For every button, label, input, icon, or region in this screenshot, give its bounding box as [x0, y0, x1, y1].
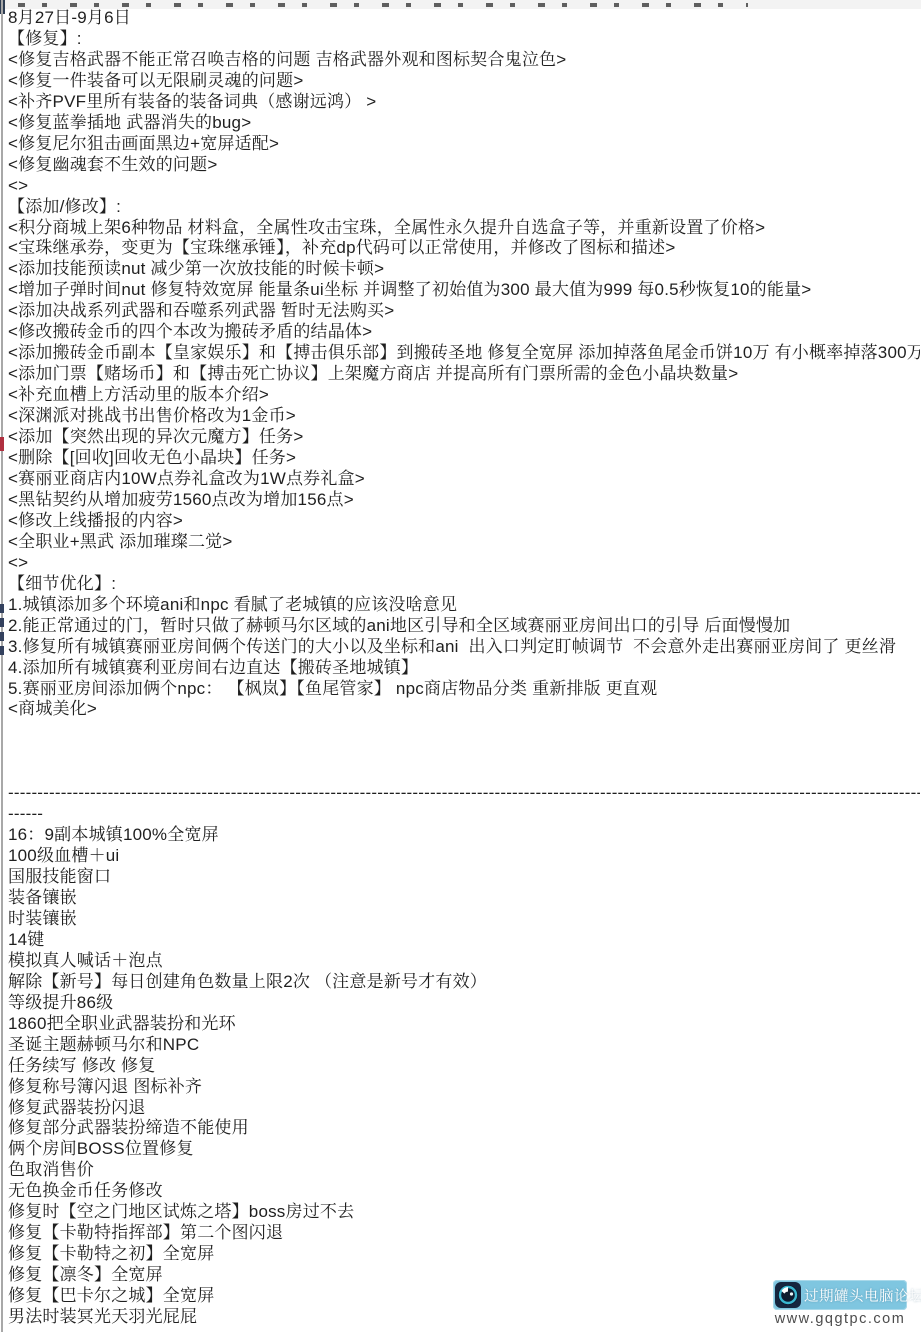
text-line: <修改搬砖金币的四个本改为搬砖矛盾的结晶体>	[8, 322, 920, 343]
text-line: <修改上线播报的内容>	[8, 511, 920, 532]
text-line: 2.能正常通过的门，暂时只做了赫顿马尔区域的ani地区引导和全区域赛丽亚房间出口…	[8, 616, 920, 637]
text-line: 5.赛丽亚房间添加俩个npc： 【枫岚】【鱼尾管家】 npc商店物品分类 重新排…	[8, 679, 920, 700]
text-line: <添加【突然出现的异次元魔方】任务>	[8, 427, 920, 448]
text-line: 修复【卡勒特之初】全宽屏	[8, 1244, 920, 1265]
text-line: <深渊派对挑战书出售价格改为1金币>	[8, 406, 920, 427]
camera-lens-icon	[775, 1282, 801, 1308]
text-line: <补齐PVF里所有装备的装备词典（感谢远鸿） >	[8, 92, 920, 113]
text-line: 修复时【空之门地区试炼之塔】boss房过不去	[8, 1202, 920, 1223]
text-line	[8, 741, 920, 762]
text-line: <添加门票【赌场币】和【搏击死亡协议】上架魔方商店 并提高所有门票所需的金色小晶…	[8, 364, 920, 385]
text-line: 8月27日-9月6日	[8, 8, 920, 29]
text-line: 修复武器装扮闪退	[8, 1098, 920, 1119]
text-line: <宝珠继承券，变更为【宝珠继承锤】，补充dp代码可以正常使用，并修改了图标和描述…	[8, 238, 920, 259]
text-line: <修复幽魂套不生效的问题>	[8, 155, 920, 176]
text-line: <补充血槽上方活动里的版本介绍>	[8, 385, 920, 406]
text-line: 修复部分武器装扮缔造不能使用	[8, 1118, 920, 1139]
text-line: <添加技能预读nut 减少第一次放技能的时候卡顿>	[8, 259, 920, 280]
text-line: 16：9副本城镇100%全宽屏	[8, 825, 920, 846]
text-line: <黑钻契约从增加疲劳1560点改为增加156点>	[8, 490, 920, 511]
text-line: <修复一件装备可以无限刷灵魂的问题>	[8, 71, 920, 92]
text-line: ------	[8, 804, 920, 825]
text-line: 装备镶嵌	[8, 888, 920, 909]
text-line: <修复尼尔狙击画面黑边+宽屏适配>	[8, 134, 920, 155]
text-line: 【添加/修改】:	[8, 197, 920, 218]
text-line: 【修复】:	[8, 29, 920, 50]
text-line: <增加子弹时间nut 修复特效宽屏 能量条ui坐标 并调整了初始值为300 最大…	[8, 280, 920, 301]
text-line: <修复蓝拳插地 武器消失的bug>	[8, 113, 920, 134]
text-line: <删除【[回收]回收无色小晶块】任务>	[8, 448, 920, 469]
watermark-site-url: www.gqgtpc.com	[773, 1311, 907, 1327]
text-line: <添加搬砖金币副本【皇家娱乐】和【搏击俱乐部】到搬砖圣地 修复全宽屏 添加掉落鱼…	[8, 343, 920, 364]
cut-off-glyphs	[18, 3, 748, 7]
text-line: 1.城镇添加多个环境ani和npc 看腻了老城镇的应该没啥意见	[8, 595, 920, 616]
text-line: 1860把全职业武器装扮和光环	[8, 1014, 920, 1035]
text-line: 色取消售价	[8, 1160, 920, 1181]
text-line: 3.修复所有城镇赛丽亚房间俩个传送门的大小以及坐标和ani 出入口判定盯帧调节 …	[8, 637, 920, 658]
text-line: 时装镶嵌	[8, 909, 920, 930]
patch-notes-document: 8月27日-9月6日【修复】:<修复吉格武器不能正常召唤吉格的问题 吉格武器外观…	[8, 8, 920, 1332]
watermark: 过期罐头电脑论坛 www.gqgtpc.com	[773, 1280, 907, 1327]
screenshot-root: { "document": { "lines": [ "8月27日-9月6日",…	[0, 0, 921, 1332]
text-line: 14键	[8, 930, 920, 951]
watermark-site-name: 过期罐头电脑论坛	[804, 1285, 921, 1306]
text-line: ----------------------------------------…	[8, 783, 920, 804]
text-line: 【细节优化】:	[8, 574, 920, 595]
text-line: 解除【新号】每日创建角色数量上限2次 （注意是新号才有效）	[8, 972, 920, 993]
text-line: 修复【卡勒特指挥部】第二个图闪退	[8, 1223, 920, 1244]
text-line: <>	[8, 553, 920, 574]
text-line: <修复吉格武器不能正常召唤吉格的问题 吉格武器外观和图标契合鬼泣色>	[8, 50, 920, 71]
text-line: <商城美化>	[8, 699, 920, 720]
text-line: 国服技能窗口	[8, 867, 920, 888]
text-line: <积分商城上架6种物品 材料盒，全属性攻击宝珠，全属性永久提升自选盒子等，并重新…	[8, 218, 920, 239]
text-line: 等级提升86级	[8, 993, 920, 1014]
text-line: <全职业+黑武 添加璀璨二觉>	[8, 532, 920, 553]
text-line	[8, 762, 920, 783]
text-line: 100级血槽＋ui	[8, 846, 920, 867]
text-line: 无色换金币任务修改	[8, 1181, 920, 1202]
edge-artifact	[0, 437, 4, 451]
edge-artifact	[0, 604, 4, 660]
text-line: 模拟真人喊话＋泡点	[8, 951, 920, 972]
text-line: 圣诞主题赫顿马尔和NPC	[8, 1035, 920, 1056]
watermark-banner: 过期罐头电脑论坛	[773, 1280, 907, 1310]
text-line	[8, 720, 920, 741]
text-line: 修复称号簿闪退 图标补齐	[8, 1077, 920, 1098]
text-line: 任务续写 修改 修复	[8, 1056, 920, 1077]
text-line: <赛丽亚商店内10W点券礼盒改为1W点券礼盒>	[8, 469, 920, 490]
text-line: <添加决战系列武器和吞噬系列武器 暂时无法购买>	[8, 301, 920, 322]
text-line: <>	[8, 176, 920, 197]
text-line: 俩个房间BOSS位置修复	[8, 1139, 920, 1160]
text-line: 4.添加所有城镇赛利亚房间右边直达【搬砖圣地城镇】	[8, 658, 920, 679]
left-edge-border	[1, 0, 3, 1332]
